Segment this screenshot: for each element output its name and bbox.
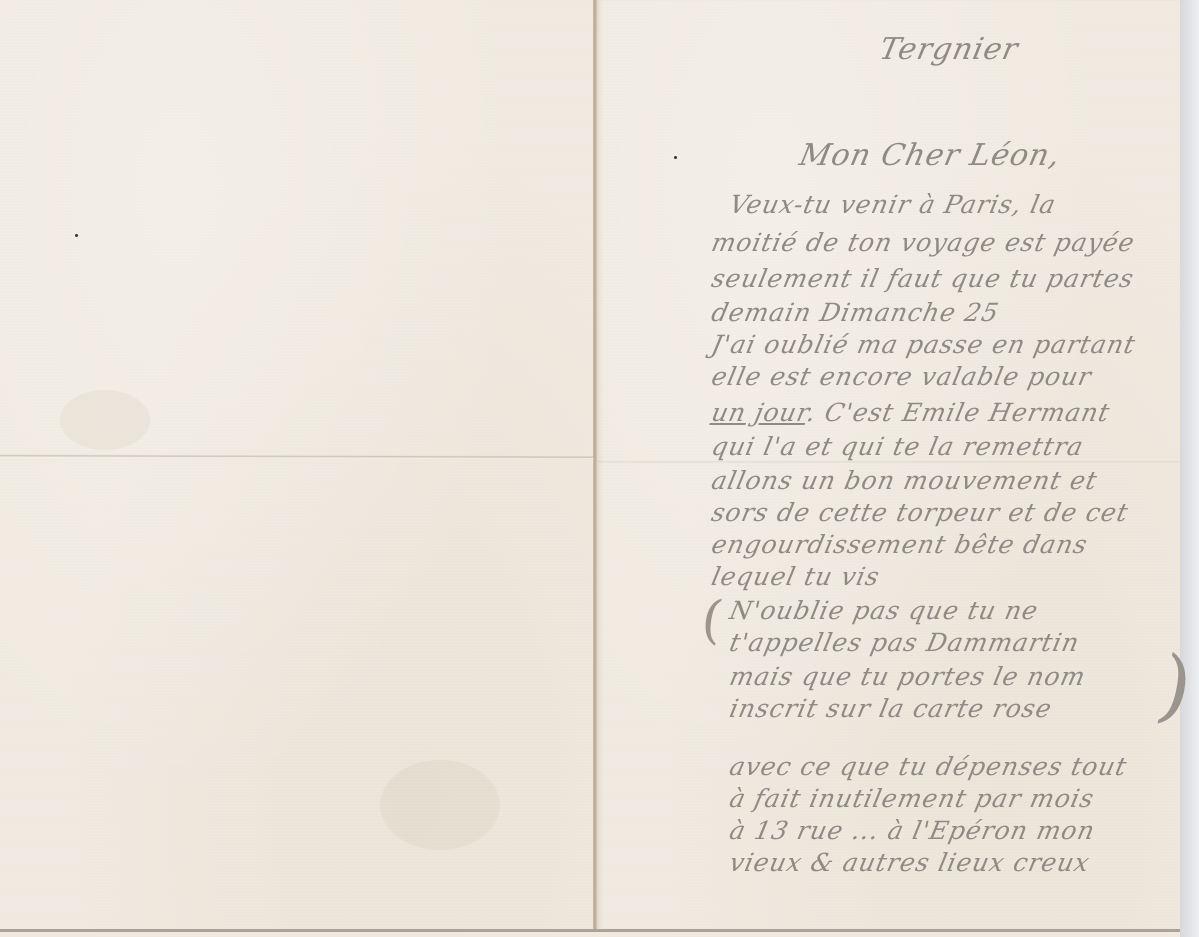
letter-line: mais que tu portes le nom: [727, 662, 1089, 691]
letter-line: t'appelles pas Dammartin: [727, 628, 1082, 657]
letter-salutation: Mon Cher Léon,: [796, 138, 1064, 173]
paper-stain: [60, 390, 150, 450]
spine-fold: [593, 0, 597, 930]
scanner-background-edge: [1180, 0, 1199, 937]
letter-line: à fait inutilement par mois: [727, 784, 1097, 813]
left-page-blank: [0, 0, 595, 930]
letter-place: Tergnier: [876, 32, 1021, 67]
letter-line: inscrit sur la carte rose: [727, 694, 1055, 723]
paper-stain: [380, 760, 500, 850]
letter-line: N'oublie pas que tu ne: [727, 596, 1041, 625]
underlined-phrase: un jour: [709, 398, 810, 427]
letter-scan: Tergnier Mon Cher Léon, Veux-tu venir à …: [0, 0, 1199, 937]
letter-line: avec ce que tu dépenses tout: [727, 752, 1130, 781]
letter-line: demain Dimanche 25: [709, 298, 1002, 327]
letter-line: seulement il faut que tu partes: [709, 264, 1137, 293]
letter-line: Veux-tu venir à Paris, la: [727, 190, 1059, 219]
paper-speck: [674, 156, 677, 159]
letter-line: lequel tu vis: [709, 562, 883, 591]
letter-line: elle est encore valable pour: [709, 362, 1095, 391]
letter-line: engourdissement bête dans: [709, 530, 1091, 559]
letter-line: allons un bon mouvement et: [709, 466, 1100, 495]
paper-bottom-edge: [0, 929, 1180, 932]
letter-line: qui l'a et qui te la remettra: [709, 432, 1087, 461]
letter-line: vieux & autres lieux creux: [727, 848, 1093, 877]
horizontal-fold-right: [596, 461, 1180, 463]
paper-speck: [75, 234, 78, 237]
letter-line: moitié de ton voyage est payée: [709, 228, 1138, 257]
letter-line: J'ai oublié ma passe en partant: [709, 330, 1138, 359]
letter-line-underlined: un jour. C'est Emile Hermant: [709, 398, 1113, 427]
letter-line: à 13 rue ... à l'Epéron mon: [727, 816, 1098, 845]
letter-line: sors de cette torpeur et de cet: [709, 498, 1131, 527]
